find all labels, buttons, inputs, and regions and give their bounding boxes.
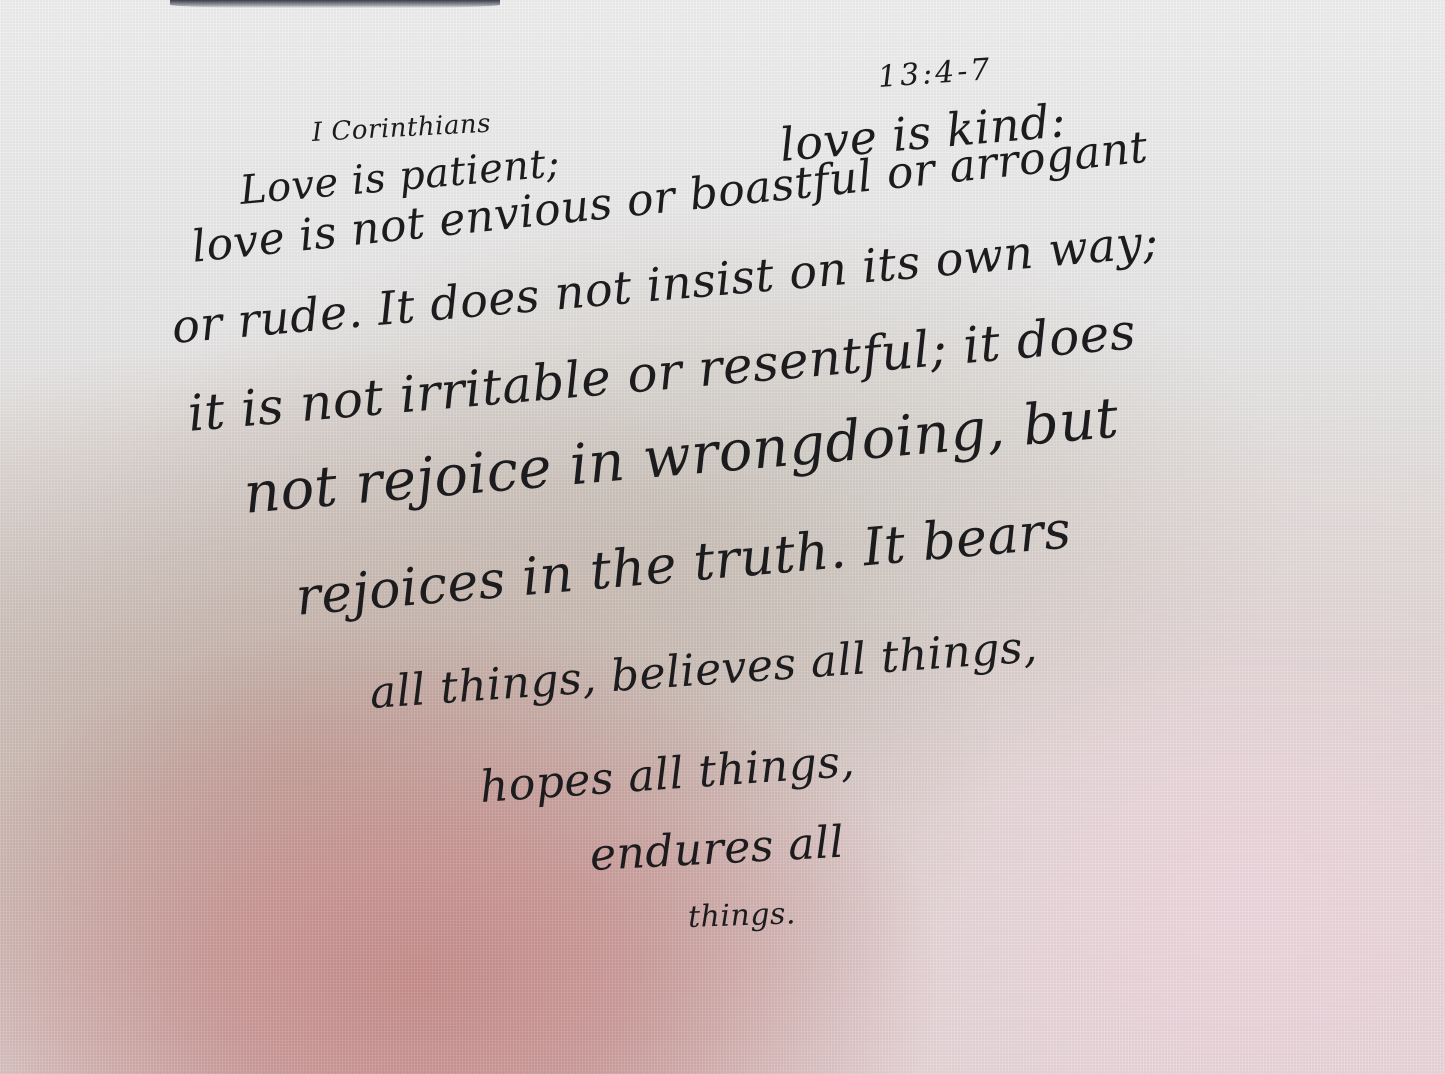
verse-reference-number: 13:4-7	[877, 52, 994, 95]
top-edge-shadow	[170, 0, 500, 8]
verse-line-7: rejoices in the truth. It bears	[293, 500, 1073, 628]
verse-line-8: all things, believes all things,	[368, 621, 1039, 719]
verse-reference-book: I Corinthians	[311, 109, 491, 148]
verse-line-10: endures all	[589, 817, 846, 881]
verse-line-11: things.	[687, 896, 796, 935]
fabric-photo: I Corinthians 13:4-7 Love is patient; lo…	[0, 0, 1445, 1074]
verse-line-9: hopes all things,	[478, 736, 856, 813]
